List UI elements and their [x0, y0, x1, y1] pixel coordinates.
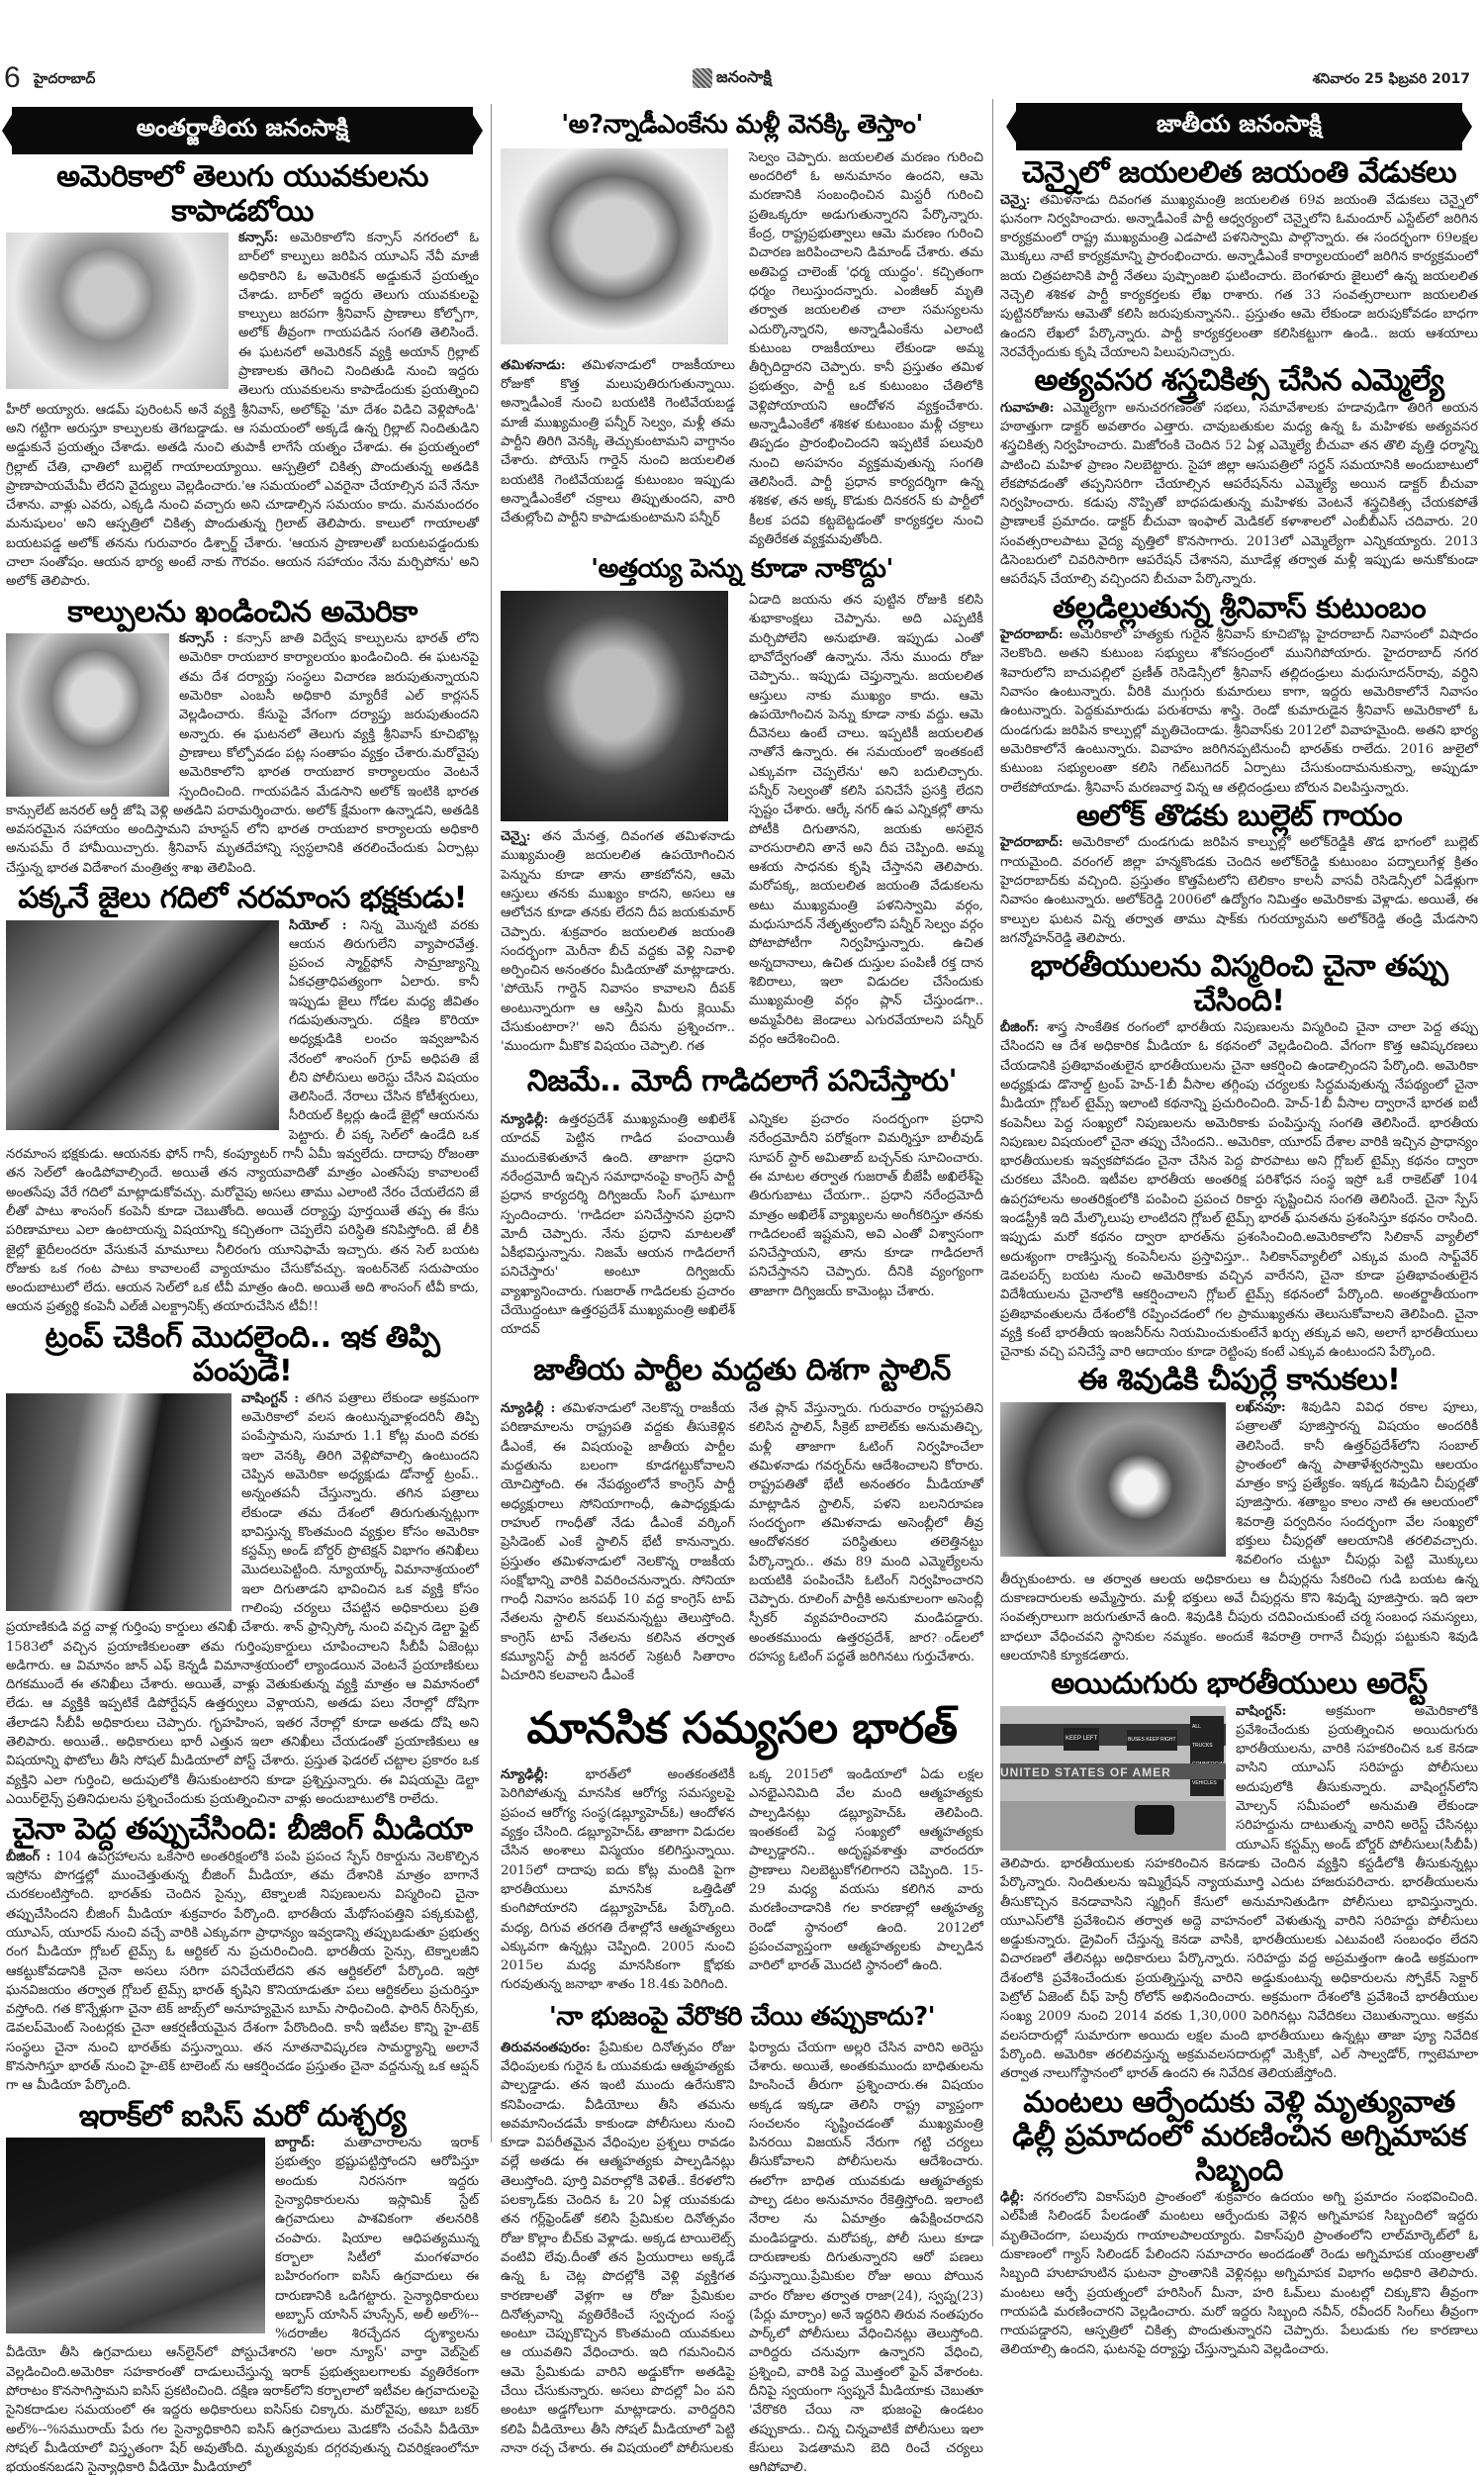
dateline: హైదరాబాద్: [1000, 835, 1064, 850]
dateline: ఢిల్లీ: [1000, 2190, 1024, 2205]
dateline: కన్సాస్: [238, 231, 278, 245]
dateline: తమిళనాడు: [501, 358, 566, 373]
page-number: 6 [4, 61, 21, 95]
middle-column: 'అ?న్నాడీఎంకేను మళ్లీ వెనక్కి తెస్తాం' త… [495, 99, 989, 2475]
headline-2: ఢిల్లీ ప్రమాదంలో మరణించిన అగ్నిమాపక సిబ్… [994, 2120, 1484, 2188]
road-sign-buses: BUSES KEEP RIGHT [1127, 1730, 1177, 1751]
article-isis-iraq: ఇరాక్‌లో ఐసిస్ మరో దుశ్చర్య బాగ్దాద్: మత… [0, 2100, 485, 2475]
article-body-right: ఒక్క 2015లో ఇండియాలో ఏడు లక్షల ఎనభైఎనిమి… [749, 1765, 983, 1995]
dateline: కన్సాస్ : [179, 631, 228, 646]
article-body-right: నేత ప్లాన్ వేస్తున్నారు. గురువారం రాష్ట్… [749, 1399, 983, 1685]
border-banner: UNITED STATES OF AMER [1000, 1763, 1226, 1779]
dateline: వాషింగ్టన్: [1236, 1704, 1286, 1719]
headline: జాతీయ పార్టీల మద్దతు దిశగా స్టాలిన్ [495, 1354, 989, 1388]
dateline: వాషింగ్టన్ : [241, 1391, 299, 1406]
headline: నిజమే.. మోదీ గాడిదలాగే పనిచేస్తారు' [495, 1065, 989, 1099]
article-ops-aiadmk: 'అ?న్నాడీఎంకేను మళ్లీ వెనక్కి తెస్తాం' త… [495, 111, 989, 549]
article-body: ఎమ్మెల్యేగా అనుచరగణంతో సభలు, సమావేశాలకు … [1000, 401, 1478, 588]
headline: పక్కనే జైలు గదిలో నరమాంస భక్షకుడు! [0, 882, 485, 916]
article-us-condemns: కాల్పులను ఖండించిన అమెరికా కన్సాస్ : కన్… [0, 596, 485, 878]
article-body-left: భారత్‌లో అంతకంతటికీ పెరిగిపోతున్న మానసిక… [501, 1767, 735, 1992]
road-sign-trucks: ALL TRUCKS COMMERCIAL VEHICLES [1190, 1716, 1224, 1796]
article-body-right: ఏడాది జయను తన పుట్టిన రోజుకి కలిసి శుభాక… [749, 591, 983, 1057]
section-banner-international: అంతర్జాతీయ జనంసాక్షి [12, 107, 473, 154]
photo-panneerselvam [501, 148, 728, 344]
article-stalin: జాతీయ పార్టీల మద్దతు దిశగా స్టాలిన్ న్యూ… [495, 1354, 989, 1686]
photo-jay-lee [6, 920, 279, 1130]
article-modi-donkey: నిజమే.. మోదీ గాడిదలాగే పనిచేస్తారు' న్యూ… [495, 1065, 989, 1340]
article-body-left: తమిళనాడులో రాజకీయాలు రోజుకో కొత్త మలుపుత… [501, 358, 735, 525]
dateline: తిరువనంతపురం: [501, 2041, 591, 2055]
car-icon [1135, 1805, 1174, 1835]
article-body: తమిళనాడు దివంగత ముఖ్యమంత్రి జయలలిత 69వ జ… [1000, 193, 1478, 360]
article-body-left: తన మేనత్త, దివంగత తమిళనాడు ముఖ్యమంత్రి జ… [501, 829, 735, 1054]
article-trump-checking: ట్రంప్ చెకింగ్ మొదలైంది.. ఇక తిప్పి పంపు… [0, 1321, 485, 1810]
section-banner-national: జాతీయ జనంసాక్షి [1016, 103, 1462, 150]
article-body: అమెరికాలో దుండగుడు జరిపిన కాల్పుల్లో అలో… [1000, 835, 1478, 945]
headline: మానసిక సమ్యసల భారత్ [495, 1704, 989, 1755]
dateline: చెన్నై: [501, 829, 531, 844]
headline: 'అ?న్నాడీఎంకేను మళ్లీ వెనక్కి తెస్తాం' [495, 111, 989, 141]
article-body-left: ప్రేమికుల దినోత్సవం రోజు వేధింపులకు గురై… [501, 2041, 735, 2456]
dateline: హైదరాబాద్: [1000, 627, 1064, 642]
brand-logo-icon [693, 68, 712, 88]
photo-grillot [6, 233, 229, 389]
article-body: నగరంలోని వికాస్‌పురి ప్రాంతంలో శుక్రవారం… [1000, 2190, 1478, 2357]
road-sign-keep-left: KEEP LEFT [1064, 1728, 1099, 1751]
dateline: బీజింగ్: [1000, 1020, 1039, 1035]
photo-soldier [6, 2138, 265, 2333]
article-alok-injury: అలోక్ తొడకు బుల్లెట్ గాయం హైదరాబాద్: అమె… [994, 800, 1484, 948]
photo-us-border: KEEP LEFT BUSES KEEP RIGHT ALL TRUCKS CO… [1000, 1706, 1226, 1851]
column-divider [992, 99, 993, 2246]
photo-cbp-check [6, 1393, 232, 1611]
article-deepa: 'అత్తయ్య పెన్ను కూడా నాకొద్దు' చెన్నై: త… [495, 555, 989, 1056]
article-body-right: ఎన్నికల ప్రచారం సందర్భంగా ప్రధాని నరేంద్… [749, 1110, 983, 1340]
column-divider [491, 104, 492, 2142]
dateline: గువాహతి: [1000, 401, 1054, 416]
headline: చైనా పెద్ద తప్పుచేసింది: బీజింగ్ మీడియా [0, 1813, 485, 1848]
article-indians-arrested: అయిదుగురు భారతీయులు అరెస్ట్ KEEP LEFT BU… [994, 1667, 1484, 2083]
edition-city: హైదరాబాద్ [34, 71, 95, 90]
article-body-right: ఫిర్యాదు చేయగా అల్లరి చేసిన వారిని అరెస్… [749, 2039, 983, 2475]
dateline: లఖ్‌నవూ: [1236, 1400, 1286, 1415]
photo-embassy-official [6, 633, 169, 797]
article-samsung-jail: పక్కనే జైలు గదిలో నరమాంస భక్షకుడు! సియోల… [0, 882, 485, 1317]
dateline: న్యూఢిల్లీ : [501, 1401, 555, 1416]
photo-shivalinga [1000, 1402, 1226, 1557]
headline: అత్యవసర శస్త్రచికిత్స చేసిన ఎమ్మెల్యే [994, 364, 1484, 399]
article-valentines-kerala: 'నా భుజంపై వేరొకరి చేయి తప్పుకాదు?' తిరు… [495, 2003, 989, 2475]
dateline: చెన్నై: [1000, 193, 1031, 208]
headline: చెన్నైలో జయలలిత జయంతి వేడుకలు [994, 156, 1484, 191]
headline: ట్రంప్ చెకింగ్ మొదలైంది.. ఇక తిప్పి పంపు… [0, 1321, 485, 1389]
brand: జనంసాక్షి [693, 65, 801, 91]
publication-date: శనివారం 25 ఫిబ్రవరి 2017 [1313, 71, 1470, 90]
photo-deepa [501, 591, 728, 821]
article-body: శాస్త్ర సాంకేతిక రంగంలో భారతీయ నిపుణులను… [1000, 1020, 1478, 1360]
national-column: జాతీయ జనంసాక్షి చెన్నైలో జయలలిత జయంతి వే… [994, 99, 1484, 2360]
headline: కాల్పులను ఖండించిన అమెరికా [0, 596, 485, 630]
dateline: బాగ్దాద్: [275, 2136, 315, 2150]
article-body: 104 ఉపగ్రహాలను ఒకేసారి అంతరిక్షంలోకి పంప… [6, 1850, 479, 2094]
headline: 'నా భుజంపై వేరొకరి చేయి తప్పుకాదు?' [495, 2003, 989, 2033]
article-china-mistake-beijing: చైనా పెద్ద తప్పుచేసింది: బీజింగ్ మీడియా … [0, 1813, 485, 2095]
brand-name: జనంసాక్షి [716, 67, 772, 90]
article-shiva-brooms: ఈ శివుడికి చీపుర్లే కానుకలు! లఖ్‌నవూ: శి… [994, 1364, 1484, 1666]
headline: ఈ శివుడికి చీపుర్లే కానుకలు! [994, 1364, 1484, 1398]
article-body: అమెరికాలో హత్యకు గురైన శ్రీనివాస్ కూచిబొ… [1000, 627, 1478, 795]
headline: 'అత్తయ్య పెన్ను కూడా నాకొద్దు' [495, 555, 989, 585]
dateline: న్యూఢిల్లీ: [501, 1767, 548, 1782]
headline: తల్లడిల్లుతున్న శ్రీనివాస్ కుటుంబం [994, 592, 1484, 626]
article-mla-surgery: అత్యవసర శస్త్రచికిత్స చేసిన ఎమ్మెల్యే గు… [994, 364, 1484, 589]
article-kansas-hero: అమెరికాలో తెలుగు యువకులను కాపాడబోయి కన్స… [0, 160, 485, 592]
article-mental-health: మానసిక సమ్యసల భారత్ న్యూఢిల్లీ: భారత్‌లో… [495, 1704, 989, 1995]
article-body-left: తమిళనాడులో నెలకొన్న రాజకీయ పరిణామాలను రా… [501, 1401, 735, 1683]
headline-1: మంటలు ఆర్పేందుకు వెళ్లి మృత్యువాత [994, 2086, 1484, 2121]
article-body-right: సెల్వం చెప్పారు. జయలలిత మరణం గురించి అంద… [749, 148, 983, 549]
international-column: అంతర్జాతీయ జనంసాక్షి అమెరికాలో తెలుగు యు… [0, 99, 485, 2475]
article-jaya-birthday: చెన్నైలో జయలలిత జయంతి వేడుకలు చెన్నై: తమ… [994, 156, 1484, 362]
article-delhi-fire: మంటలు ఆర్పేందుకు వెళ్లి మృత్యువాత ఢిల్లీ… [994, 2086, 1484, 2360]
headline: భారతీయులను విస్మరించి చైనా తప్పు చేసింది… [994, 950, 1484, 1018]
headline: అయిదుగురు భారతీయులు అరెస్ట్ [994, 1667, 1484, 1702]
headline: అమెరికాలో తెలుగు యువకులను కాపాడబోయి [0, 160, 485, 229]
dateline: సియోల్ : [289, 918, 347, 933]
article-body-left: ఉత్తరప్రదేశ్ ముఖ్యమంత్రి అఖిలేశ్ యాదవ్ ప… [501, 1112, 735, 1337]
headline: ఇరాక్‌లో ఐసిస్ మరో దుశ్చర్య [0, 2100, 485, 2135]
article-china-ignored-indians: భారతీయులను విస్మరించి చైనా తప్పు చేసింది… [994, 950, 1484, 1362]
masthead: 6 హైదరాబాద్ జనంసాక్షి శనివారం 25 ఫిబ్రవర… [0, 61, 1484, 97]
headline: అలోక్ తొడకు బుల్లెట్ గాయం [994, 800, 1484, 834]
article-srinivas-family: తల్లడిల్లుతున్న శ్రీనివాస్ కుటుంబం హైదరా… [994, 592, 1484, 798]
dateline: న్యూఢిల్లీ: [501, 1112, 548, 1127]
dateline: బీజింగ్ : [6, 1850, 50, 1864]
